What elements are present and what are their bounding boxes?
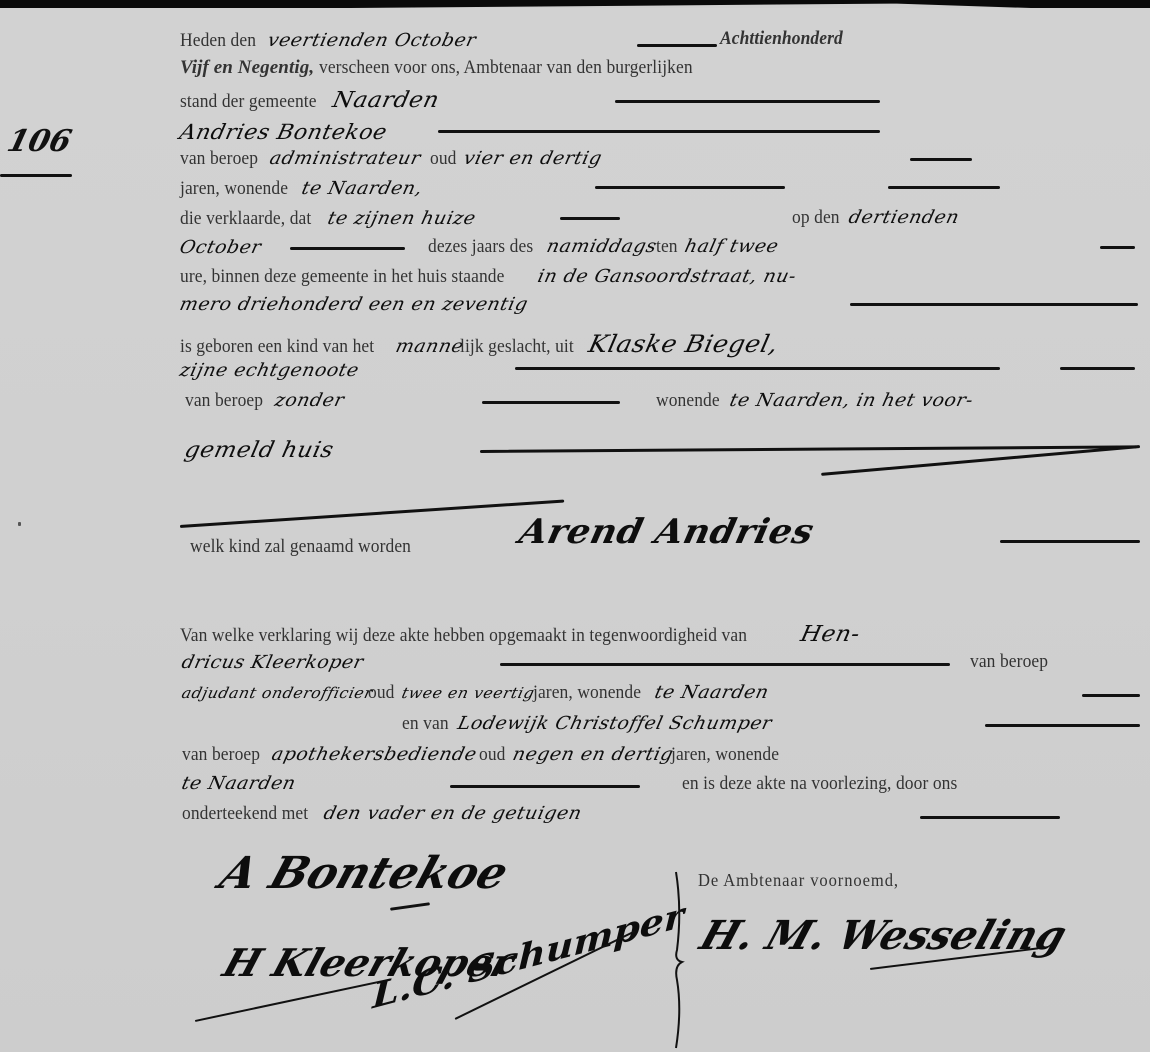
line-12: zijne echtgenoote	[180, 360, 350, 382]
printed-text: en is deze akte na voorlezing, door ons	[682, 773, 957, 795]
line-15: welk kind zal genaamd worden	[190, 536, 430, 558]
handwritten-declarant-name: Andries Bontekoe	[177, 120, 389, 144]
handwritten-mother-name: Klaske Biegel,	[586, 330, 781, 358]
line-13: van beroep zonder	[185, 390, 340, 412]
handwritten-witness-2-occupation: apothekersbediende	[269, 744, 478, 765]
fill-line	[450, 785, 640, 788]
printed-text: jaren, wonende	[533, 682, 641, 704]
fill-line	[920, 816, 1060, 819]
fill-line	[1100, 246, 1135, 249]
line-5: van beroep administrateur oud vier en de…	[180, 148, 595, 170]
fill-line	[850, 303, 1138, 306]
printed-text: is geboren een kind van het	[180, 336, 374, 358]
line-18: adjudant onderofficier oud twee en veert…	[182, 682, 763, 704]
handwritten-street: in de Gansoordstraat, nu-	[535, 266, 798, 287]
handwritten-witness-1-occupation: adjudant onderofficier	[180, 684, 374, 702]
line-3: stand der gemeente Naarden	[180, 88, 434, 113]
line-17: dricus Kleerkoper	[182, 652, 355, 674]
line-16: Van welke verklaring wij deze akte hebbe…	[180, 622, 857, 647]
printed-text: ure, binnen deze gemeente in het huis st…	[180, 266, 504, 288]
handwritten-residence: te Naarden,	[300, 178, 425, 199]
handwritten-hour: half twee	[682, 236, 780, 257]
fill-line	[290, 247, 405, 250]
fill-line	[1060, 367, 1135, 370]
printed-text: verscheen voor ons, Ambtenaar van den bu…	[319, 57, 693, 79]
fill-line	[888, 186, 1000, 189]
printed-text: oud	[479, 744, 506, 766]
handwritten-signers: den vader en de getuigen	[322, 803, 584, 824]
printed-text: en van	[402, 713, 449, 735]
fill-line	[515, 367, 1000, 370]
handwritten-witness-2-name: Lodewijk Christoffel Schumper	[455, 713, 773, 734]
handwritten-birth-day: dertienden	[846, 207, 961, 228]
handwritten-witness-2-age: negen en dertig	[511, 744, 676, 765]
fill-line	[1082, 694, 1140, 697]
handwritten-mother-occupation: zonder	[272, 390, 346, 411]
line-17b: van beroep	[970, 651, 1055, 673]
printed-text: onderteekend met	[182, 803, 308, 825]
printed-text: oud	[368, 682, 395, 704]
printed-text: Heden den	[180, 30, 256, 52]
printed-text: lijk geslacht, uit	[460, 336, 574, 358]
handwritten-sex: manne	[394, 336, 466, 357]
handwritten-relation: zijne echtgenoote	[178, 360, 361, 381]
line-7b: op den dertienden	[792, 207, 953, 229]
line-21b: en is deze akte na voorlezing, door ons	[682, 773, 981, 795]
fill-line	[1000, 540, 1140, 543]
handwritten-place-of-birth: te zijnen huize	[325, 208, 477, 229]
line-21: te Naarden	[182, 773, 290, 795]
signature-father: A Bontekoe	[214, 848, 515, 899]
handwritten-house-ref: gemeld huis	[182, 438, 336, 463]
handwritten-witness-1-name: dricus Kleerkoper	[180, 652, 366, 673]
register-number-underline	[0, 174, 72, 177]
handwritten-witness-1-first: Hen-	[798, 622, 862, 647]
handwritten-mother-residence: te Naarden, in het voor-	[728, 390, 976, 411]
printed-year-text: Achttienhonderd	[720, 28, 843, 50]
fill-line	[985, 724, 1140, 727]
line-14: gemeld huis	[185, 438, 326, 463]
printed-text: jaren, wonende	[180, 178, 288, 200]
printed-text: stand der gemeente	[180, 91, 317, 113]
fill-line	[500, 663, 950, 666]
printed-text: wonende	[656, 390, 720, 412]
line-7: die verklaarde, dat te zijnen huize	[180, 208, 468, 230]
handwritten-witness-1-age: twee en veertig	[400, 684, 536, 702]
line-10: mero driehonderd een en zeventig	[180, 294, 511, 316]
line-13b: wonende te Naarden, in het voor-	[656, 390, 962, 412]
official-caption-line: De Ambtenaar voornoemd,	[698, 870, 916, 891]
brace-divider	[672, 870, 686, 1050]
printed-text: van beroep	[970, 651, 1048, 673]
scan-speck	[18, 522, 21, 526]
printed-text: dezes jaars des	[428, 236, 533, 258]
printed-text: op den	[792, 207, 840, 229]
fill-line	[438, 130, 880, 133]
fill-line	[482, 401, 620, 404]
line-6: jaren, wonende te Naarden,	[180, 178, 417, 200]
fill-line	[637, 44, 717, 47]
handwritten-witness-1-residence: te Naarden	[653, 682, 771, 703]
printed-text: Van welke verklaring wij deze akte hebbe…	[180, 625, 747, 647]
line-11: is geboren een kind van het mannelijk ge…	[180, 330, 769, 358]
handwritten-house-number: mero driehonderd een en zeventig	[178, 294, 530, 315]
line-22: onderteekend met den vader en de getuige…	[182, 803, 569, 825]
handwritten-occupation: administrateur	[267, 148, 422, 169]
printed-text: oud	[430, 148, 457, 170]
handwritten-age: vier en dertig	[461, 148, 603, 169]
handwritten-day: veertienden October	[265, 30, 478, 51]
handwritten-child-name: Arend Andries	[516, 512, 818, 552]
printed-text: welk kind zal genaamd worden	[190, 536, 411, 558]
line-4: Andries Bontekoe	[180, 120, 377, 145]
line-2: Vijf en Negentig, verscheen voor ons, Am…	[180, 57, 725, 79]
line-20: van beroep apothekersbediende oud negen …	[182, 744, 788, 766]
fill-line	[910, 158, 972, 161]
handwritten-witness-2-residence: te Naarden	[180, 773, 298, 794]
handwritten-time-of-day: namiddags	[545, 236, 659, 257]
line-8: October	[180, 237, 257, 259]
printed-text: van beroep	[182, 744, 260, 766]
printed-text: die verklaarde, dat	[180, 208, 311, 230]
printed-text: jaren, wonende	[671, 744, 779, 766]
handwritten-municipality: Naarden	[331, 88, 442, 113]
fill-line	[615, 100, 880, 103]
printed-text: van beroep	[185, 390, 263, 412]
printed-text: ten	[656, 236, 678, 258]
fill-line	[595, 186, 785, 189]
line-8b: dezes jaars des namiddags ten half twee	[428, 236, 774, 258]
line-19: en van Lodewijk Christoffel Schumper	[402, 713, 756, 735]
fill-line	[560, 217, 620, 220]
official-caption: De Ambtenaar voornoemd,	[698, 870, 899, 891]
printed-text: van beroep	[180, 148, 258, 170]
line-9: ure, binnen deze gemeente in het huis st…	[180, 266, 783, 288]
printed-year-italic: Vijf en Negentig,	[180, 57, 314, 78]
register-number: 106	[4, 124, 75, 159]
child-name-line: Arend Andries	[520, 512, 799, 552]
line-1: Heden den veertienden October	[180, 30, 466, 52]
line-1-year: Achttienhonderd	[720, 28, 853, 50]
handwritten-birth-month: October	[178, 237, 264, 258]
